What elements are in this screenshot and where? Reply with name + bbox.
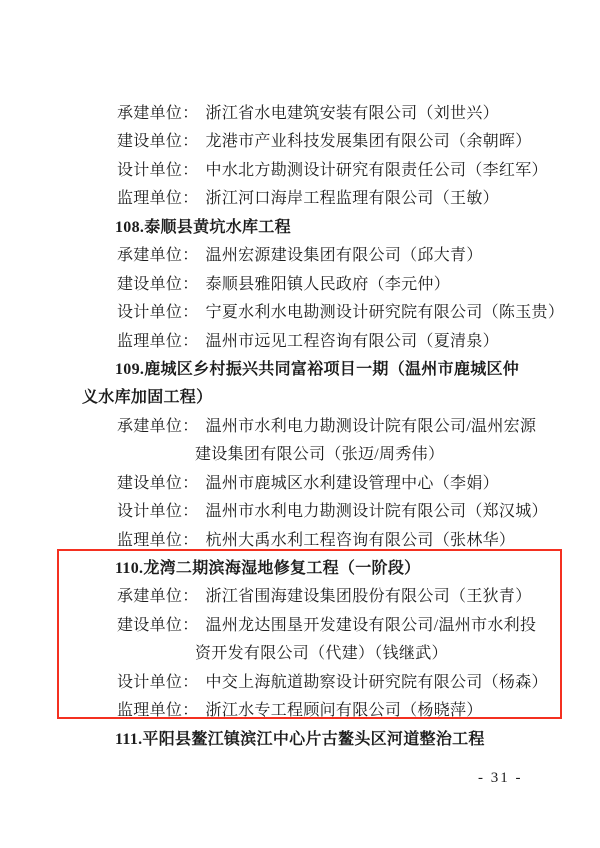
document-page: 承建单位：浙江省水电建筑安装有限公司（刘世兴）建设单位：龙港市产业科技发展集团有… bbox=[0, 0, 600, 848]
unit-line: 设计单位：中水北方勘测设计研究有限责任公司（李红军） bbox=[0, 157, 600, 185]
unit-line: 监理单位：浙江河口海岸工程监理有限公司（王敏） bbox=[0, 185, 600, 213]
project-title-text: 义水库加固工程） bbox=[82, 389, 212, 406]
unit-label: 监理单位： bbox=[117, 190, 199, 207]
unit-line: 承建单位：浙江省水电建筑安装有限公司（刘世兴） bbox=[0, 100, 600, 128]
unit-line: 建设单位：温州市鹿城区水利建设管理中心（李娟） bbox=[0, 470, 600, 498]
unit-label: 承建单位： bbox=[117, 418, 199, 435]
unit-label: 监理单位： bbox=[117, 702, 199, 719]
project-title-text: 109.鹿城区乡村振兴共同富裕项目一期（温州市鹿城区仲 bbox=[115, 361, 519, 378]
project-title-text: 108.泰顺县黄坑水库工程 bbox=[115, 219, 291, 236]
unit-line: 承建单位：浙江省围海建设集团股份有限公司（王狄青） bbox=[0, 583, 600, 611]
unit-line: 承建单位：温州宏源建设集团有限公司（邱大青） bbox=[0, 242, 600, 270]
unit-text: 浙江水专工程顾问有限公司（杨晓萍） bbox=[206, 702, 483, 719]
unit-text: 温州宏源建设集团有限公司（邱大青） bbox=[206, 247, 483, 264]
project-title-line: 109.鹿城区乡村振兴共同富裕项目一期（温州市鹿城区仲 bbox=[0, 356, 600, 384]
unit-line: 监理单位：浙江水专工程顾问有限公司（杨晓萍） bbox=[0, 697, 600, 725]
unit-text: 宁夏水利水电勘测设计研究院有限公司（陈玉贵） bbox=[206, 304, 565, 321]
unit-label: 建设单位： bbox=[117, 475, 199, 492]
unit-label: 监理单位： bbox=[117, 333, 199, 350]
unit-label: 设计单位： bbox=[117, 162, 199, 179]
document-body: 承建单位：浙江省水电建筑安装有限公司（刘世兴）建设单位：龙港市产业科技发展集团有… bbox=[0, 100, 600, 754]
unit-label: 承建单位： bbox=[117, 247, 199, 264]
unit-label: 设计单位： bbox=[117, 674, 199, 691]
unit-text: 资开发有限公司（代建）（钱继武） bbox=[195, 645, 448, 662]
unit-line: 设计单位：温州市水利电力勘测设计院有限公司（郑汉城） bbox=[0, 498, 600, 526]
unit-label: 建设单位： bbox=[117, 617, 199, 634]
unit-label: 设计单位： bbox=[117, 304, 199, 321]
unit-line: 监理单位：杭州大禹水利工程咨询有限公司（张林华） bbox=[0, 527, 600, 555]
unit-label: 设计单位： bbox=[117, 503, 199, 520]
project-title-line: 110.龙湾二期滨海湿地修复工程（一阶段） bbox=[0, 555, 600, 583]
unit-line: 建设单位：泰顺县雅阳镇人民政府（李元仲） bbox=[0, 271, 600, 299]
unit-text: 浙江省水电建筑安装有限公司（刘世兴） bbox=[206, 105, 499, 122]
unit-line: 设计单位：中交上海航道勘察设计研究院有限公司（杨森） bbox=[0, 669, 600, 697]
unit-text: 温州市水利电力勘测设计院有限公司/温州宏源 bbox=[206, 418, 537, 435]
unit-text: 中交上海航道勘察设计研究院有限公司（杨森） bbox=[206, 674, 548, 691]
unit-text: 浙江河口海岸工程监理有限公司（王敏） bbox=[206, 190, 499, 207]
unit-line: 资开发有限公司（代建）（钱继武） bbox=[0, 640, 600, 668]
unit-text: 温州市鹿城区水利建设管理中心（李娟） bbox=[206, 475, 499, 492]
unit-line: 设计单位：宁夏水利水电勘测设计研究院有限公司（陈玉贵） bbox=[0, 299, 600, 327]
unit-line: 建设单位：龙港市产业科技发展集团有限公司（余朝晖） bbox=[0, 128, 600, 156]
project-title-text: 110.龙湾二期滨海湿地修复工程（一阶段） bbox=[115, 560, 420, 577]
unit-line: 承建单位：温州市水利电力勘测设计院有限公司/温州宏源 bbox=[0, 413, 600, 441]
unit-text: 温州龙达围垦开发建设有限公司/温州市水利投 bbox=[206, 617, 537, 634]
unit-label: 承建单位： bbox=[117, 105, 199, 122]
unit-text: 温州市远见工程咨询有限公司（夏清泉） bbox=[206, 333, 499, 350]
unit-text: 杭州大禹水利工程咨询有限公司（张林华） bbox=[206, 532, 516, 549]
unit-label: 承建单位： bbox=[117, 588, 199, 605]
unit-label: 建设单位： bbox=[117, 276, 199, 293]
unit-label: 监理单位： bbox=[117, 532, 199, 549]
unit-text: 中水北方勘测设计研究有限责任公司（李红军） bbox=[206, 162, 548, 179]
unit-line: 建设集团有限公司（张迈/周秀伟） bbox=[0, 441, 600, 469]
unit-text: 建设集团有限公司（张迈/周秀伟） bbox=[195, 446, 444, 463]
project-title-line: 义水库加固工程） bbox=[0, 384, 600, 412]
page-number: - 31 - bbox=[478, 768, 523, 788]
unit-text: 泰顺县雅阳镇人民政府（李元仲） bbox=[206, 276, 451, 293]
project-title-text: 111.平阳县鳌江镇滨江中心片古鳌头区河道整治工程 bbox=[115, 731, 485, 748]
project-title-line: 111.平阳县鳌江镇滨江中心片古鳌头区河道整治工程 bbox=[0, 726, 600, 754]
unit-text: 龙港市产业科技发展集团有限公司（余朝晖） bbox=[206, 133, 532, 150]
unit-label: 建设单位： bbox=[117, 133, 199, 150]
unit-text: 浙江省围海建设集团股份有限公司（王狄青） bbox=[206, 588, 532, 605]
unit-line: 监理单位：温州市远见工程咨询有限公司（夏清泉） bbox=[0, 328, 600, 356]
project-title-line: 108.泰顺县黄坑水库工程 bbox=[0, 214, 600, 242]
unit-line: 建设单位：温州龙达围垦开发建设有限公司/温州市水利投 bbox=[0, 612, 600, 640]
unit-text: 温州市水利电力勘测设计院有限公司（郑汉城） bbox=[206, 503, 548, 520]
